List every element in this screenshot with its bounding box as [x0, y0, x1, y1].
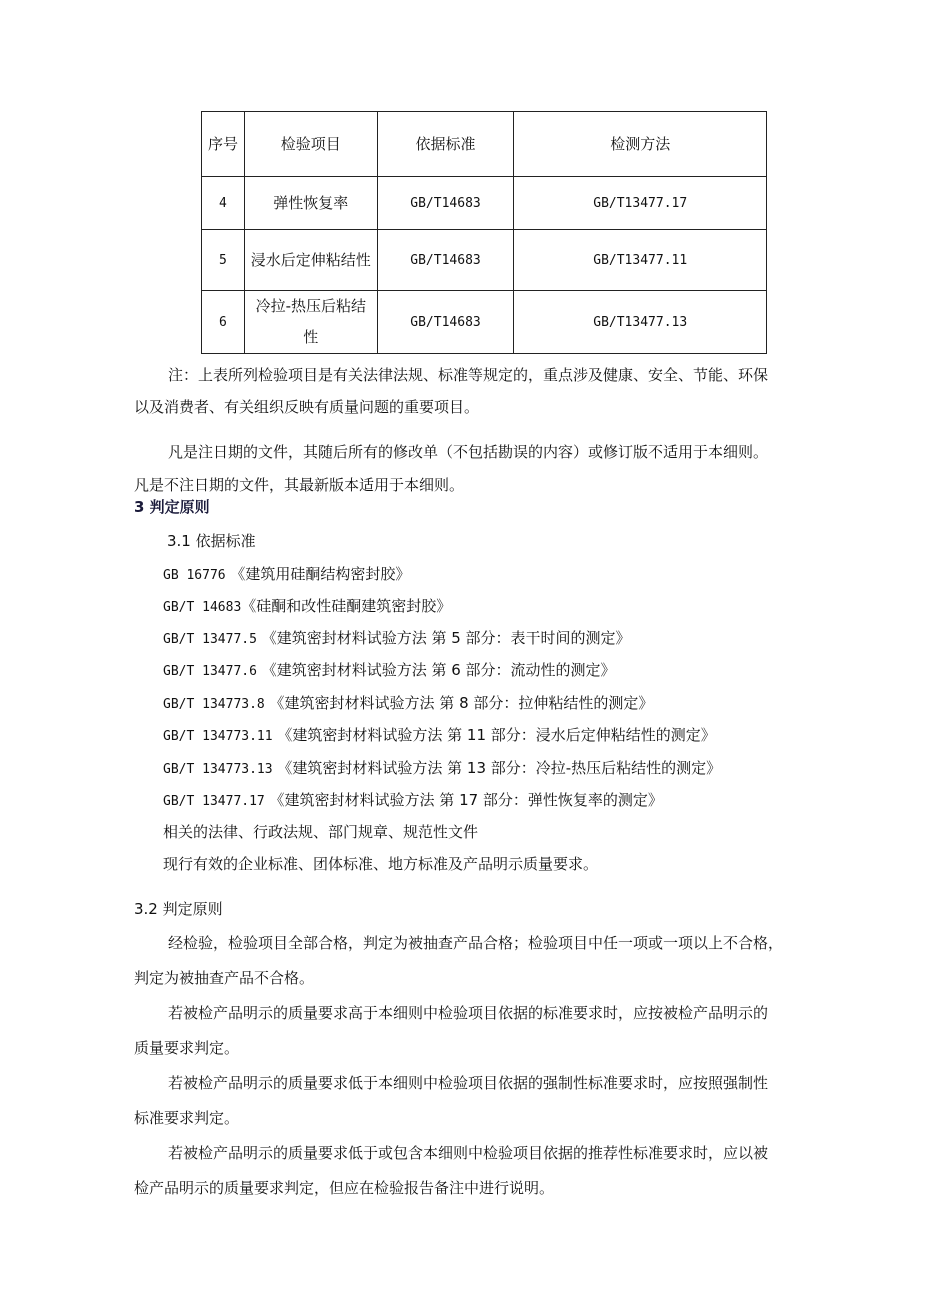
section-3-heading: 3 判定原则 [134, 496, 210, 518]
judgement-p3-line-1: 若被检产品明示的质量要求低于本细则中检验项目依据的强制性标准要求时，应按照强制性 [134, 1067, 868, 1099]
header-no: 序号 [202, 112, 245, 177]
section-3-1-heading: 3.1 依据标准 [167, 530, 256, 552]
cell-no: 4 [202, 177, 245, 230]
standard-item: GB/T 134773.13 《建筑密封材料试验方法 第 13 部分：冷拉-热压… [163, 757, 721, 781]
cell-item: 冷拉-热压后粘结性 [244, 291, 377, 354]
standard-code: GB/T 13477.17 [163, 794, 265, 809]
section-3-2-heading: 3.2 判定原则 [134, 898, 223, 920]
cell-method: GB/T13477.13 [514, 291, 767, 354]
standard-item: GB/T 13477.17 《建筑密封材料试验方法 第 17 部分：弹性恢复率的… [163, 789, 663, 813]
cell-no: 6 [202, 291, 245, 354]
cell-item: 弹性恢复率 [244, 177, 377, 230]
standard-name: 《建筑密封材料试验方法 第 17 部分：弹性恢复率的测定》 [270, 791, 663, 809]
standard-code: GB/T 13477.5 [163, 632, 257, 647]
standard-name: 《建筑密封材料试验方法 第 5 部分：表干时间的测定》 [262, 629, 631, 647]
standard-code: GB 16776 [163, 568, 226, 583]
standard-code: GB/T 134773.13 [163, 762, 273, 777]
standard-name: 《硅酮和改性硅酮建筑密封胶》 [241, 597, 451, 615]
cell-standard: GB/T14683 [377, 230, 514, 291]
standard-item: GB/T 13477.6 《建筑密封材料试验方法 第 6 部分：流动性的测定》 [163, 659, 616, 683]
cell-method: GB/T13477.17 [514, 177, 767, 230]
document-page: 序号 检验项目 依据标准 检测方法 4 弹性恢复率 GB/T14683 GB/T… [0, 0, 947, 1297]
standard-name: 《建筑密封材料试验方法 第 11 部分：浸水后定伸粘结性的测定》 [277, 726, 715, 744]
standard-code: GB/T 14683 [163, 600, 241, 615]
judgement-p4-line-2: 检产品明示的质量要求判定，但应在检验报告备注中进行说明。 [134, 1172, 834, 1204]
standard-name: 《建筑用硅酮结构密封胶》 [230, 565, 410, 583]
standard-item: GB/T 134773.8 《建筑密封材料试验方法 第 8 部分：拉伸粘结性的测… [163, 692, 653, 716]
judgement-p4-line-1: 若被检产品明示的质量要求低于或包含本细则中检验项目依据的推荐性标准要求时，应以被 [134, 1137, 868, 1169]
valid-standards-line: 现行有效的企业标准、团体标准、地方标准及产品明示质量要求。 [163, 853, 598, 875]
related-laws-line: 相关的法律、行政法规、部门规章、规范性文件 [163, 821, 478, 843]
judgement-p3-line-2: 标准要求判定。 [134, 1102, 834, 1134]
standard-name: 《建筑密封材料试验方法 第 8 部分：拉伸粘结性的测定》 [270, 694, 654, 712]
standard-name: 《建筑密封材料试验方法 第 13 部分：冷拉-热压后粘结性的测定》 [277, 759, 721, 777]
judgement-p2-line-2: 质量要求判定。 [134, 1032, 834, 1064]
header-method: 检测方法 [514, 112, 767, 177]
cell-standard: GB/T14683 [377, 291, 514, 354]
standard-item: GB/T 134773.11 《建筑密封材料试验方法 第 11 部分：浸水后定伸… [163, 724, 716, 748]
cell-no: 5 [202, 230, 245, 291]
table-row: 4 弹性恢复率 GB/T14683 GB/T13477.17 [202, 177, 767, 230]
judgement-p2-line-1: 若被检产品明示的质量要求高于本细则中检验项目依据的标准要求时，应按被检产品明示的 [134, 997, 868, 1029]
note-2-line-1: 凡是注日期的文件，其随后所有的修改单（不包括勘误的内容）或修订版不适用于本细则。 [134, 436, 868, 468]
standard-name: 《建筑密封材料试验方法 第 6 部分：流动性的测定》 [262, 661, 616, 679]
cell-item: 浸水后定伸粘结性 [244, 230, 377, 291]
standard-code: GB/T 13477.6 [163, 664, 257, 679]
table-row: 5 浸水后定伸粘结性 GB/T14683 GB/T13477.11 [202, 230, 767, 291]
note-1-line-1: 注：上表所列检验项目是有关法律法规、标准等规定的，重点涉及健康、安全、节能、环保 [134, 359, 868, 391]
note-1-line-2: 以及消费者、有关组织反映有质量问题的重要项目。 [134, 391, 834, 423]
table-header-row: 序号 检验项目 依据标准 检测方法 [202, 112, 767, 177]
cell-method: GB/T13477.11 [514, 230, 767, 291]
table-row: 6 冷拉-热压后粘结性 GB/T14683 GB/T13477.13 [202, 291, 767, 354]
note-2-line-2: 凡是不注日期的文件，其最新版本适用于本细则。 [134, 469, 834, 501]
standard-item: GB/T 13477.5 《建筑密封材料试验方法 第 5 部分：表干时间的测定》 [163, 627, 631, 651]
standard-item: GB 16776 《建筑用硅酮结构密封胶》 [163, 563, 410, 587]
inspection-items-table: 序号 检验项目 依据标准 检测方法 4 弹性恢复率 GB/T14683 GB/T… [201, 111, 767, 354]
standard-code: GB/T 134773.8 [163, 697, 265, 712]
standard-code: GB/T 134773.11 [163, 729, 273, 744]
judgement-p1-line-2: 判定为被抽查产品不合格。 [134, 962, 834, 994]
judgement-p1-line-1: 经检验，检验项目全部合格，判定为被抽查产品合格；检验项目中任一项或一项以上不合格… [134, 927, 868, 959]
cell-standard: GB/T14683 [377, 177, 514, 230]
standard-item: GB/T 14683《硅酮和改性硅酮建筑密封胶》 [163, 595, 451, 619]
header-item: 检验项目 [244, 112, 377, 177]
header-standard: 依据标准 [377, 112, 514, 177]
